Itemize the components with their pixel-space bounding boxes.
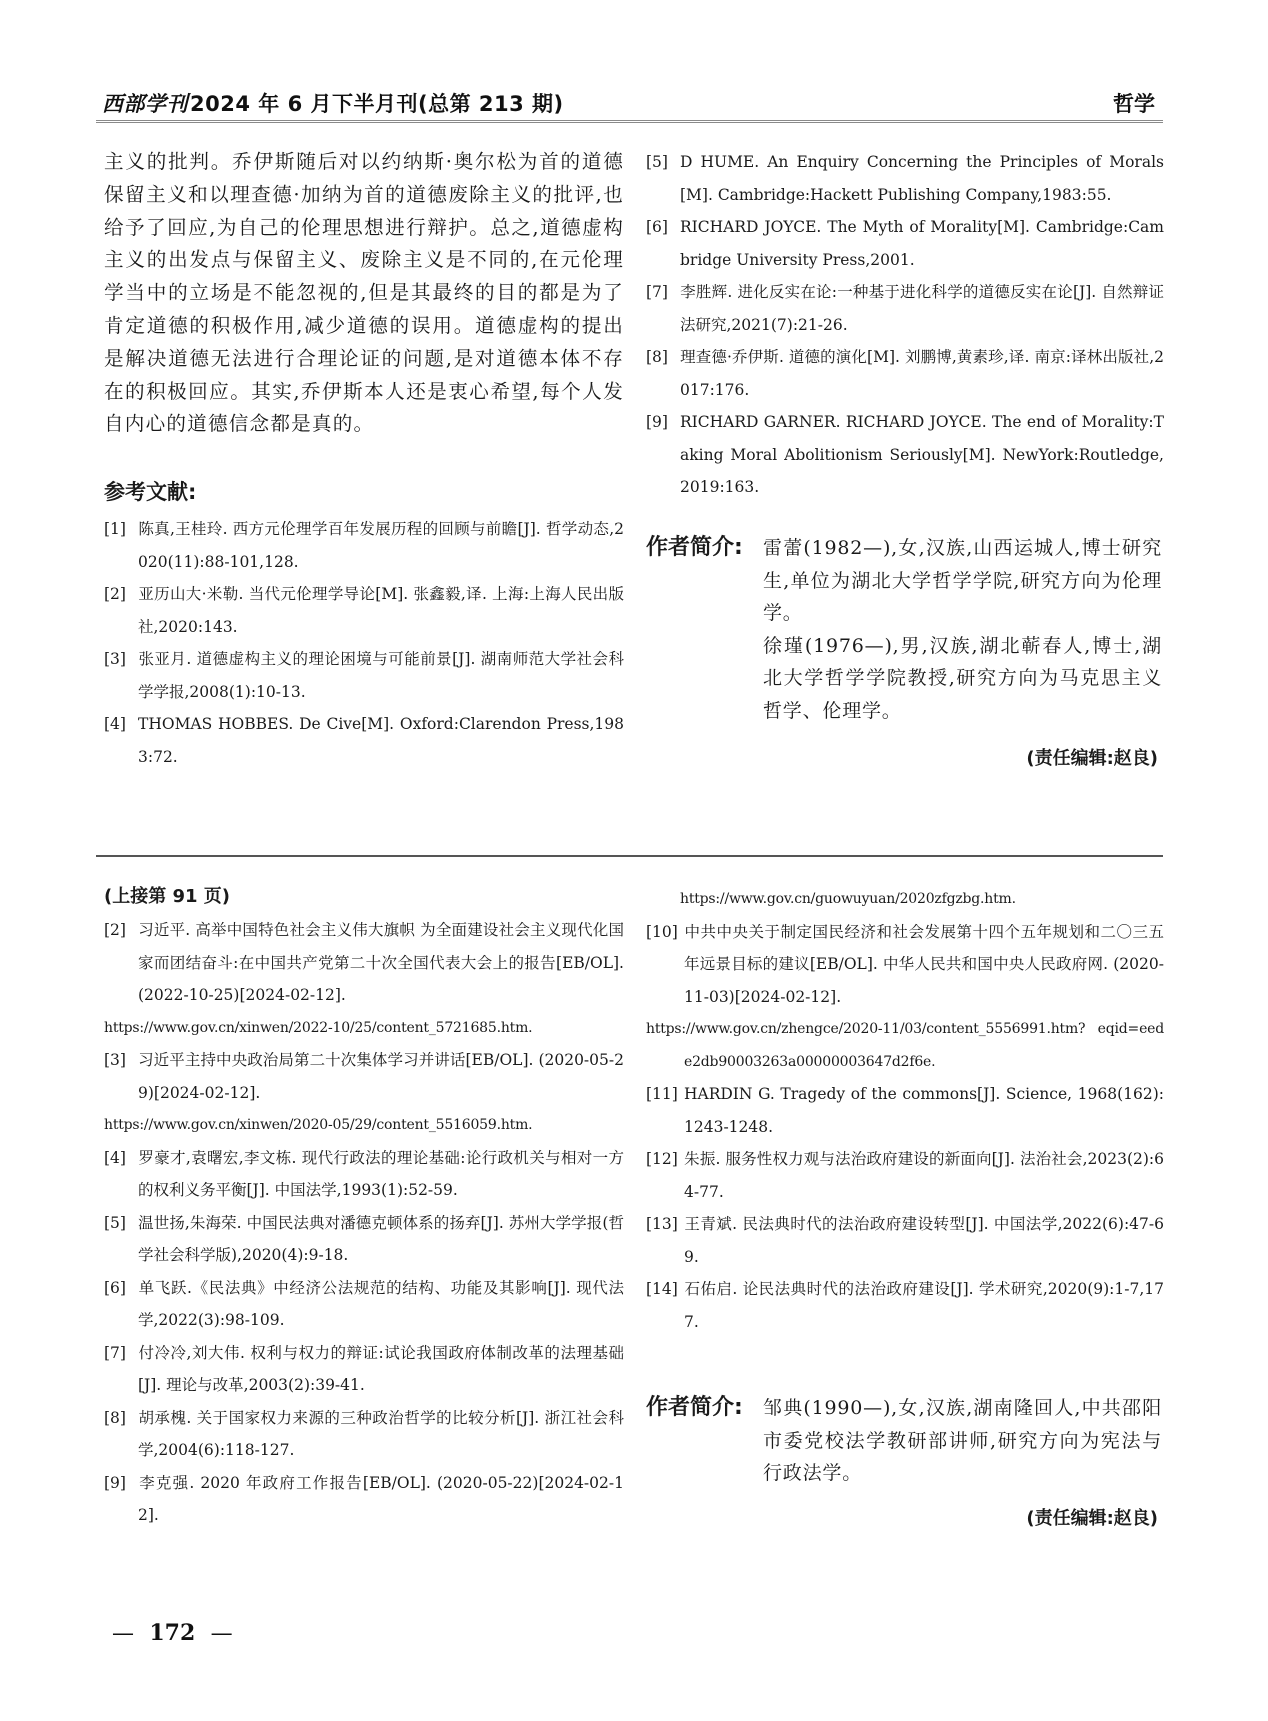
reference-text: 陈真,王桂玲. 西方元伦理学百年发展历程的回顾与前瞻[J]. 哲学动态,2020… bbox=[138, 520, 624, 571]
reference-text: 石佑启. 论民法典时代的法治政府建设[J]. 学术研究,2020(9):1-7,… bbox=[684, 1280, 1164, 1331]
references-heading: 参考文献: bbox=[104, 477, 624, 507]
reference-text: 王青斌. 民法典时代的法治政府建设转型[J]. 中国法学,2022(6):47-… bbox=[684, 1215, 1164, 1266]
reference-item: [1]陈真,王桂玲. 西方元伦理学百年发展历程的回顾与前瞻[J]. 哲学动态,2… bbox=[104, 513, 624, 578]
journal-logo: 西部学刊 bbox=[102, 91, 188, 116]
reference-url: https://www.gov.cn/guowuyuan/2020zfgzbg.… bbox=[680, 891, 1016, 907]
author-bio-label: 作者简介: bbox=[646, 532, 743, 564]
responsible-editor: (责任编辑:赵良) bbox=[1026, 744, 1158, 770]
reference-text: RICHARD GARNER. RICHARD JOYCE. The end o… bbox=[680, 413, 1164, 496]
author-bio: 邹典(1990—),女,汉族,湖南隆回人,中共邵阳市委党校法学教研部讲师,研究方… bbox=[763, 1392, 1162, 1490]
reference-text: D HUME. An Enquiry Concerning the Princi… bbox=[680, 153, 1164, 204]
running-header: 西部学刊2024 年 6 月下半月刊(总第 213 期) 哲学 bbox=[96, 86, 1163, 123]
reference-item: [6]RICHARD JOYCE. The Myth of Morality[M… bbox=[646, 211, 1164, 276]
bottom-right-column: https://www.gov.cn/guowuyuan/2020zfgzbg.… bbox=[646, 882, 1164, 1338]
reference-item: [9]RICHARD GARNER. RICHARD JOYCE. The en… bbox=[646, 406, 1164, 504]
reference-number: [4] bbox=[104, 1142, 134, 1175]
top-left-column: 主义的批判。乔伊斯随后对以约纳斯·奥尔松为首的道德保留主义和以理查德·加纳为首的… bbox=[104, 146, 624, 773]
continuation-note: (上接第 91 页) bbox=[104, 882, 624, 912]
reference-item: [2]亚历山大·米勒. 当代元伦理学导论[M]. 张鑫毅,译. 上海:上海人民出… bbox=[104, 578, 624, 643]
reference-text: 付冷冷,刘大伟. 权利与权力的辩证:试论我国政府体制改革的法理基础[J]. 理论… bbox=[138, 1344, 624, 1395]
top-right-column: [5]D HUME. An Enquiry Concerning the Pri… bbox=[646, 146, 1164, 504]
page-number: — 172 — bbox=[112, 1620, 233, 1646]
reference-text: THOMAS HOBBES. De Cive[M]. Oxford:Claren… bbox=[138, 715, 624, 766]
author-bio-block: 作者简介: 雷蕾(1982—),女,汉族,山西运城人,博士研究生,单位为湖北大学… bbox=[646, 532, 1162, 772]
reference-number: [6] bbox=[646, 211, 676, 244]
reference-number: [7] bbox=[646, 276, 676, 309]
author-bio-label: 作者简介: bbox=[646, 1392, 743, 1424]
reference-text: 朱振. 服务性权力观与法治政府建设的新面向[J]. 法治社会,2023(2):6… bbox=[684, 1150, 1164, 1201]
page-number-dash: — bbox=[112, 1621, 134, 1646]
reference-item: [11]HARDIN G. Tragedy of the commons[J].… bbox=[646, 1078, 1164, 1143]
reference-url: https://www.gov.cn/xinwen/2020-05/29/con… bbox=[138, 1109, 624, 1142]
reference-text: 胡承槐. 关于国家权力来源的三种政治哲学的比较分析[J]. 浙江社会科学,200… bbox=[138, 1409, 624, 1460]
reference-number: [1] bbox=[104, 513, 134, 546]
reference-item: [5]温世扬,朱海荣. 中国民法典对潘德克顿体系的扬弃[J]. 苏州大学学报(哲… bbox=[104, 1207, 624, 1272]
reference-text: 单飞跃.《民法典》中经济公法规范的结构、功能及其影响[J]. 现代法学,2022… bbox=[138, 1279, 624, 1330]
reference-number: [9] bbox=[104, 1467, 134, 1500]
reference-item: [14]石佑启. 论民法典时代的法治政府建设[J]. 学术研究,2020(9):… bbox=[646, 1273, 1164, 1338]
page-number-value: 172 bbox=[149, 1620, 195, 1646]
reference-text: 理查德·乔伊斯. 道德的演化[M]. 刘鹏博,黄素珍,译. 南京:译林出版社,2… bbox=[680, 348, 1164, 399]
section-divider bbox=[96, 855, 1163, 857]
reference-item: [13]王青斌. 民法典时代的法治政府建设转型[J]. 中国法学,2022(6)… bbox=[646, 1208, 1164, 1273]
reference-item: [9]李克强. 2020 年政府工作报告[EB/OL]. (2020-05-22… bbox=[104, 1467, 624, 1532]
reference-item: [4]罗豪才,袁曙宏,李文栋. 现代行政法的理论基础:论行政机关与相对一方的权利… bbox=[104, 1142, 624, 1207]
reference-item: [3]习近平主持中央政治局第二十次集体学习并讲话[EB/OL]. (2020-0… bbox=[104, 1044, 624, 1142]
reference-number: [6] bbox=[104, 1272, 134, 1305]
reference-item: [7]付冷冷,刘大伟. 权利与权力的辩证:试论我国政府体制改革的法理基础[J].… bbox=[104, 1337, 624, 1402]
responsible-editor: (责任编辑:赵良) bbox=[1026, 1504, 1158, 1530]
section-label: 哲学 bbox=[1113, 88, 1155, 118]
reference-number: [13] bbox=[646, 1208, 680, 1241]
reference-item-continued: https://www.gov.cn/guowuyuan/2020zfgzbg.… bbox=[646, 882, 1164, 916]
journal-issue-line: 西部学刊2024 年 6 月下半月刊(总第 213 期) bbox=[102, 88, 564, 118]
body-paragraph: 主义的批判。乔伊斯随后对以约纳斯·奥尔松为首的道德保留主义和以理查德·加纳为首的… bbox=[104, 146, 624, 441]
reference-number: [2] bbox=[104, 578, 134, 611]
reference-number: [7] bbox=[104, 1337, 134, 1370]
reference-text: 温世扬,朱海荣. 中国民法典对潘德克顿体系的扬弃[J]. 苏州大学学报(哲学社会… bbox=[138, 1214, 624, 1265]
reference-url: https://www.gov.cn/zhengce/2020-11/03/co… bbox=[684, 1013, 1164, 1078]
author-bio-text: 雷蕾(1982—),女,汉族,山西运城人,博士研究生,单位为湖北大学哲学学院,研… bbox=[763, 532, 1162, 727]
reference-text: 亚历山大·米勒. 当代元伦理学导论[M]. 张鑫毅,译. 上海:上海人民出版社,… bbox=[138, 585, 624, 636]
reference-item: [3]张亚月. 道德虚构主义的理论困境与可能前景[J]. 湖南师范大学社会科学学… bbox=[104, 643, 624, 708]
reference-item: [7]李胜辉. 进化反实在论:一种基于进化科学的道德反实在论[J]. 自然辩证法… bbox=[646, 276, 1164, 341]
reference-item: [2]习近平. 高举中国特色社会主义伟大旗帜 为全面建设社会主义现代化国家而团结… bbox=[104, 914, 624, 1044]
author-bio-block: 作者简介: 邹典(1990—),女,汉族,湖南隆回人,中共邵阳市委党校法学教研部… bbox=[646, 1392, 1162, 1532]
reference-number: [8] bbox=[104, 1402, 134, 1435]
reference-item: [6]单飞跃.《民法典》中经济公法规范的结构、功能及其影响[J]. 现代法学,2… bbox=[104, 1272, 624, 1337]
reference-text: 习近平. 高举中国特色社会主义伟大旗帜 为全面建设社会主义现代化国家而团结奋斗:… bbox=[138, 921, 624, 1004]
reference-number: [12] bbox=[646, 1143, 680, 1176]
reference-number: [3] bbox=[104, 643, 134, 676]
issue-info: 2024 年 6 月下半月刊(总第 213 期) bbox=[190, 92, 564, 116]
page-number-dash: — bbox=[211, 1621, 233, 1646]
reference-number: [4] bbox=[104, 708, 134, 741]
reference-text: 李克强. 2020 年政府工作报告[EB/OL]. (2020-05-22)[2… bbox=[138, 1474, 624, 1525]
reference-text: RICHARD JOYCE. The Myth of Morality[M]. … bbox=[680, 218, 1164, 269]
reference-item: [8]胡承槐. 关于国家权力来源的三种政治哲学的比较分析[J]. 浙江社会科学,… bbox=[104, 1402, 624, 1467]
reference-text: 罗豪才,袁曙宏,李文栋. 现代行政法的理论基础:论行政机关与相对一方的权利义务平… bbox=[138, 1149, 624, 1200]
reference-number: [8] bbox=[646, 341, 676, 374]
reference-number: [2] bbox=[104, 914, 134, 947]
reference-number: [5] bbox=[104, 1207, 134, 1240]
author-bio-text: 邹典(1990—),女,汉族,湖南隆回人,中共邵阳市委党校法学教研部讲师,研究方… bbox=[763, 1392, 1162, 1490]
reference-number: [10] bbox=[646, 916, 680, 949]
reference-number: [11] bbox=[646, 1078, 680, 1111]
reference-item: [10]中共中央关于制定国民经济和社会发展第十四个五年规划和二〇三五年远景目标的… bbox=[646, 916, 1164, 1079]
author-bio: 徐瑾(1976—),男,汉族,湖北蕲春人,博士,湖北大学哲学学院教授,研究方向为… bbox=[763, 630, 1162, 728]
reference-item: [8]理查德·乔伊斯. 道德的演化[M]. 刘鹏博,黄素珍,译. 南京:译林出版… bbox=[646, 341, 1164, 406]
reference-item: [4]THOMAS HOBBES. De Cive[M]. Oxford:Cla… bbox=[104, 708, 624, 773]
reference-text: HARDIN G. Tragedy of the commons[J]. Sci… bbox=[684, 1085, 1164, 1136]
reference-url: https://www.gov.cn/xinwen/2022-10/25/con… bbox=[138, 1012, 624, 1045]
author-bio: 雷蕾(1982—),女,汉族,山西运城人,博士研究生,单位为湖北大学哲学学院,研… bbox=[763, 532, 1162, 630]
reference-item: [12]朱振. 服务性权力观与法治政府建设的新面向[J]. 法治社会,2023(… bbox=[646, 1143, 1164, 1208]
reference-number: [9] bbox=[646, 406, 676, 439]
reference-item: [5]D HUME. An Enquiry Concerning the Pri… bbox=[646, 146, 1164, 211]
reference-text: 张亚月. 道德虚构主义的理论困境与可能前景[J]. 湖南师范大学社会科学学报,2… bbox=[138, 650, 624, 701]
reference-text: 李胜辉. 进化反实在论:一种基于进化科学的道德反实在论[J]. 自然辩证法研究,… bbox=[680, 283, 1164, 334]
reference-number: [3] bbox=[104, 1044, 134, 1077]
reference-number: [14] bbox=[646, 1273, 680, 1306]
reference-text: 中共中央关于制定国民经济和社会发展第十四个五年规划和二〇三五年远景目标的建议[E… bbox=[684, 923, 1164, 1006]
reference-text: 习近平主持中央政治局第二十次集体学习并讲话[EB/OL]. (2020-05-2… bbox=[138, 1051, 624, 1102]
reference-number: [5] bbox=[646, 146, 676, 179]
bottom-left-column: (上接第 91 页) [2]习近平. 高举中国特色社会主义伟大旗帜 为全面建设社… bbox=[104, 882, 624, 1532]
